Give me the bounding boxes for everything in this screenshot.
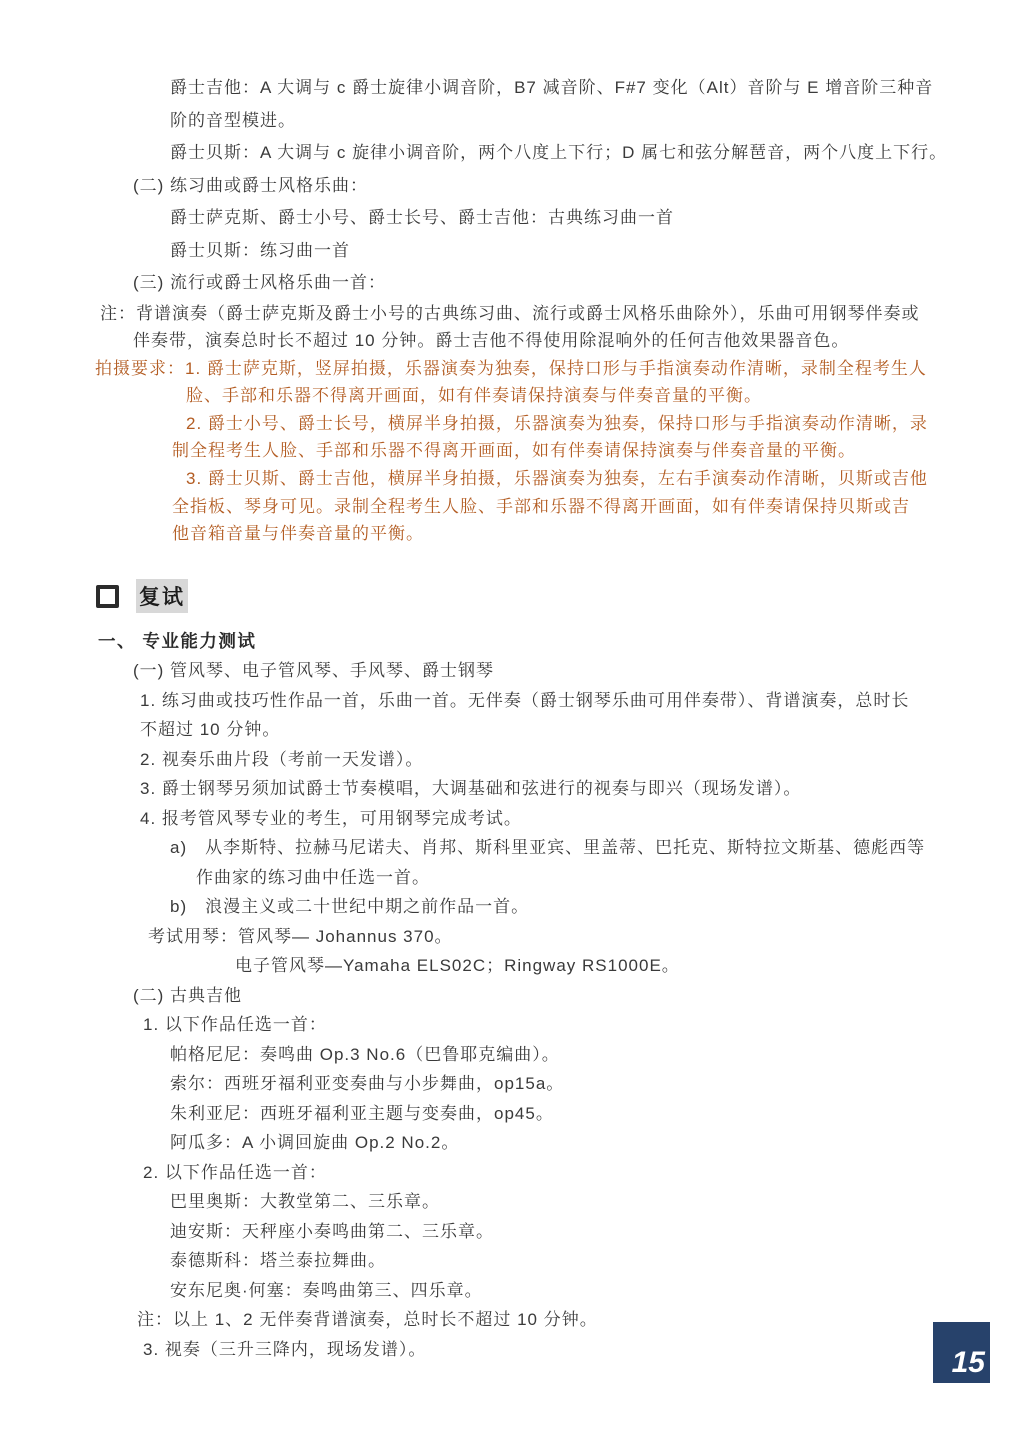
retest-heading-row: 复试: [96, 578, 188, 614]
text-line: 爵士贝斯：练习曲一首: [0, 235, 1024, 268]
text-line: 朱利亚尼：西班牙福利亚主题与变奏曲，op45。: [0, 1099, 1024, 1129]
text-line: a) 从李斯特、拉赫马尼诺夫、肖邦、斯科里亚宾、里盖蒂、巴托克、斯特拉文斯基、德…: [0, 833, 1024, 863]
text-line: 安东尼奥·何塞：奏鸣曲第三、四乐章。: [0, 1276, 1024, 1306]
text-line: 迪安斯：天秤座小奏鸣曲第二、三乐章。: [0, 1217, 1024, 1247]
text-line: 全指板、琴身可见。录制全程考生人脸、手部和乐器不得离开画面，如有伴奏请保持贝斯或…: [0, 493, 1024, 521]
page-number: 15: [952, 1348, 985, 1378]
page-number-badge: 15: [933, 1322, 990, 1383]
text-line: 3. 爵士钢琴另须加试爵士节奏模唱，大调基础和弦进行的视奏与即兴（现场发谱）。: [0, 774, 1024, 804]
text-line: 1. 练习曲或技巧性作品一首，乐曲一首。无伴奏（爵士钢琴乐曲可用伴奏带）、背谱演…: [0, 686, 1024, 716]
text-line: (二) 古典吉他: [0, 981, 1024, 1011]
retest-section: (一) 管风琴、电子管风琴、手风琴、爵士钢琴1. 练习曲或技巧性作品一首，乐曲一…: [0, 656, 1024, 1364]
text-line: 2. 爵士小号、爵士长号，横屏半身拍摄，乐器演奏为独奏，保持口形与手指演奏动作清…: [0, 410, 1024, 438]
ability-test-subheading: 一、 专业能力测试: [98, 624, 256, 658]
jazz-instruments-exam-section: 爵士吉他：A 大调与 c 爵士旋律小调音阶，B7 减音阶、F#7 变化（Alt）…: [0, 72, 1024, 548]
text-line: 爵士贝斯：A 大调与 c 旋律小调音阶，两个八度上下行；D 属七和弦分解琶音，两…: [0, 137, 1024, 170]
text-line: 阶的音型模进。: [0, 105, 1024, 138]
text-line: 不超过 10 分钟。: [0, 715, 1024, 745]
text-line: 作曲家的练习曲中任选一首。: [0, 863, 1024, 893]
text-line: 伴奏带，演奏总时长不超过 10 分钟。爵士吉他不得使用除混响外的任何吉他效果器音…: [0, 327, 1024, 355]
text-line: 注：以上 1、2 无伴奏背谱演奏，总时长不超过 10 分钟。: [0, 1305, 1024, 1335]
text-line: 索尔：西班牙福利亚变奏曲与小步舞曲，op15a。: [0, 1069, 1024, 1099]
text-line: 脸、手部和乐器不得离开画面，如有伴奏请保持演奏与伴奏音量的平衡。: [0, 382, 1024, 410]
text-line: 1. 以下作品任选一首：: [0, 1010, 1024, 1040]
text-line: 制全程考生人脸、手部和乐器不得离开画面，如有伴奏请保持演奏与伴奏音量的平衡。: [0, 437, 1024, 465]
text-line: 2. 以下作品任选一首：: [0, 1158, 1024, 1188]
text-line: 电子管风琴—Yamaha ELS02C；Ringway RS1000E。: [0, 951, 1024, 981]
text-line: 2. 视奏乐曲片段（考前一天发谱）。: [0, 745, 1024, 775]
square-bullet-icon: [96, 585, 119, 608]
text-line: 泰德斯科：塔兰泰拉舞曲。: [0, 1246, 1024, 1276]
document-page: 爵士吉他：A 大调与 c 爵士旋律小调音阶，B7 减音阶、F#7 变化（Alt）…: [0, 0, 1024, 1447]
text-line: 4. 报考管风琴专业的考生，可用钢琴完成考试。: [0, 804, 1024, 834]
text-line: 3. 爵士贝斯、爵士吉他，横屏半身拍摄，乐器演奏为独奏，左右手演奏动作清晰，贝斯…: [0, 465, 1024, 493]
text-line: (二) 练习曲或爵士风格乐曲：: [0, 170, 1024, 203]
text-line: 他音箱音量与伴奏音量的平衡。: [0, 520, 1024, 548]
retest-heading: 复试: [136, 579, 188, 613]
text-line: 爵士吉他：A 大调与 c 爵士旋律小调音阶，B7 减音阶、F#7 变化（Alt）…: [0, 72, 1024, 105]
text-line: 拍摄要求：1. 爵士萨克斯，竖屏拍摄，乐器演奏为独奏，保持口形与手指演奏动作清晰…: [0, 355, 1024, 383]
text-line: 考试用琴：管风琴— Johannus 370。: [0, 922, 1024, 952]
text-line: 3. 视奏（三升三降内，现场发谱）。: [0, 1335, 1024, 1365]
text-line: 阿瓜多：A 小调回旋曲 Op.2 No.2。: [0, 1128, 1024, 1158]
text-line: 帕格尼尼：奏鸣曲 Op.3 No.6（巴鲁耶克编曲）。: [0, 1040, 1024, 1070]
text-line: b) 浪漫主义或二十世纪中期之前作品一首。: [0, 892, 1024, 922]
text-line: (一) 管风琴、电子管风琴、手风琴、爵士钢琴: [0, 656, 1024, 686]
text-line: 爵士萨克斯、爵士小号、爵士长号、爵士吉他：古典练习曲一首: [0, 202, 1024, 235]
text-line: 巴里奥斯：大教堂第二、三乐章。: [0, 1187, 1024, 1217]
text-line: (三) 流行或爵士风格乐曲一首：: [0, 267, 1024, 300]
text-line: 注：背谱演奏（爵士萨克斯及爵士小号的古典练习曲、流行或爵士风格乐曲除外），乐曲可…: [0, 300, 1024, 328]
